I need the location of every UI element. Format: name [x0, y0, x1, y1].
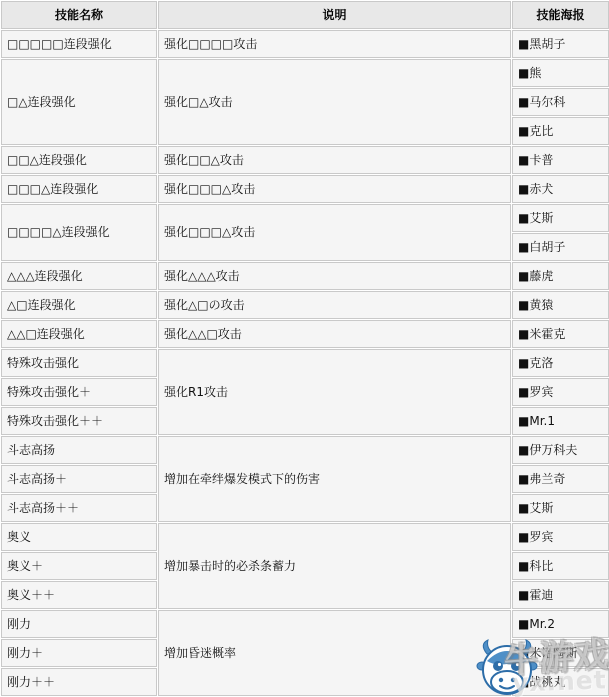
header-skill-name: 技能名称	[1, 1, 157, 29]
poster-cell: ■弗兰奇	[512, 465, 609, 493]
skill-name-cell: □□□△连段强化	[1, 175, 157, 203]
skill-description-cell: 强化R1攻击	[158, 349, 511, 435]
skill-description-cell: 增加暴击时的必杀条蓄力	[158, 523, 511, 609]
skill-row: △△△连段强化强化△△△攻击■藤虎	[1, 262, 609, 290]
poster-cell: ■伊万科夫	[512, 436, 609, 464]
skill-description-cell: 强化□□△攻击	[158, 146, 511, 174]
skill-table-header: 技能名称 说明 技能海报	[1, 1, 609, 29]
skill-description-cell: 增加昏迷概率	[158, 610, 511, 696]
poster-cell: ■科比	[512, 552, 609, 580]
skill-row: □□□□△连段强化强化□□□△攻击■艾斯	[1, 204, 609, 232]
poster-cell: ■赤犬	[512, 175, 609, 203]
skill-description-cell: 强化□□□△攻击	[158, 204, 511, 261]
skill-name-cell: △△△连段强化	[1, 262, 157, 290]
skill-row: □□□△连段强化强化□□□△攻击■赤犬	[1, 175, 609, 203]
skill-description-cell: 强化△△□攻击	[158, 320, 511, 348]
skill-name-cell: 斗志高扬＋	[1, 465, 157, 493]
skill-name-cell: □△连段强化	[1, 59, 157, 145]
poster-cell: ■熊	[512, 59, 609, 87]
skill-row: 特殊攻击强化强化R1攻击■克洛	[1, 349, 609, 377]
skill-name-cell: 奥义＋＋	[1, 581, 157, 609]
poster-cell: ■藤虎	[512, 262, 609, 290]
skill-description-cell: 强化□□□□攻击	[158, 30, 511, 58]
skill-name-cell: 刚力＋	[1, 639, 157, 667]
skill-description-cell: 强化△△△攻击	[158, 262, 511, 290]
skill-table: 技能名称 说明 技能海报 □□□□□连段强化强化□□□□攻击■黑胡子□△连段强化…	[0, 0, 609, 697]
skill-table-body: □□□□□连段强化强化□□□□攻击■黑胡子□△连段强化强化□△攻击■熊■马尔科■…	[1, 30, 609, 696]
skill-name-cell: 奥义	[1, 523, 157, 551]
poster-cell: ■霍迪	[512, 581, 609, 609]
skill-row: 奥义增加暴击时的必杀条蓄力■罗宾	[1, 523, 609, 551]
skill-description-cell: 增加在牵绊爆发模式下的伤害	[158, 436, 511, 522]
skill-description-cell: 强化△□の攻击	[158, 291, 511, 319]
skill-name-cell: 特殊攻击强化	[1, 349, 157, 377]
skill-name-cell: 刚力	[1, 610, 157, 638]
page: 技能名称 说明 技能海报 □□□□□连段强化强化□□□□攻击■黑胡子□△连段强化…	[0, 0, 609, 697]
skill-name-cell: 斗志高扬＋＋	[1, 494, 157, 522]
skill-name-cell: 奥义＋	[1, 552, 157, 580]
skill-row: □□□□□连段强化强化□□□□攻击■黑胡子	[1, 30, 609, 58]
skill-name-cell: 特殊攻击强化＋＋	[1, 407, 157, 435]
skill-name-cell: □□□□□连段强化	[1, 30, 157, 58]
skill-row: □□△连段强化强化□□△攻击■卡普	[1, 146, 609, 174]
poster-cell: ■马尔科	[512, 88, 609, 116]
poster-cell: ■Mr.1	[512, 407, 609, 435]
skill-name-cell: 斗志高扬	[1, 436, 157, 464]
poster-cell: ■米霍克	[512, 320, 609, 348]
skill-description-cell: 强化□□□△攻击	[158, 175, 511, 203]
poster-cell: ■罗宾	[512, 523, 609, 551]
poster-cell: ■战桃丸	[512, 668, 609, 696]
poster-cell: ■卡普	[512, 146, 609, 174]
poster-cell: ■罗宾	[512, 378, 609, 406]
poster-cell: ■克洛	[512, 349, 609, 377]
skill-name-cell: △□连段强化	[1, 291, 157, 319]
skill-name-cell: 特殊攻击强化＋	[1, 378, 157, 406]
poster-cell: ■克比	[512, 117, 609, 145]
skill-row: △△□连段强化强化△△□攻击■米霍克	[1, 320, 609, 348]
poster-cell: ■黑胡子	[512, 30, 609, 58]
poster-cell: ■艾斯	[512, 494, 609, 522]
skill-row: □△连段强化强化□△攻击■熊	[1, 59, 609, 87]
poster-cell: ■艾斯	[512, 204, 609, 232]
skill-name-cell: 刚力＋＋	[1, 668, 157, 696]
poster-cell: ■Mr.2	[512, 610, 609, 638]
poster-cell: ■白胡子	[512, 233, 609, 261]
header-description: 说明	[158, 1, 511, 29]
skill-row: 斗志高扬增加在牵绊爆发模式下的伤害■伊万科夫	[1, 436, 609, 464]
poster-cell: ■黄猿	[512, 291, 609, 319]
skill-name-cell: □□□□△连段强化	[1, 204, 157, 261]
skill-name-cell: □□△连段强化	[1, 146, 157, 174]
skill-row: 刚力增加昏迷概率■Mr.2	[1, 610, 609, 638]
poster-cell: ■米诺陶斯	[512, 639, 609, 667]
header-skill-poster: 技能海报	[512, 1, 609, 29]
skill-name-cell: △△□连段强化	[1, 320, 157, 348]
header-row: 技能名称 说明 技能海报	[1, 1, 609, 29]
skill-row: △□连段强化强化△□の攻击■黄猿	[1, 291, 609, 319]
skill-description-cell: 强化□△攻击	[158, 59, 511, 145]
